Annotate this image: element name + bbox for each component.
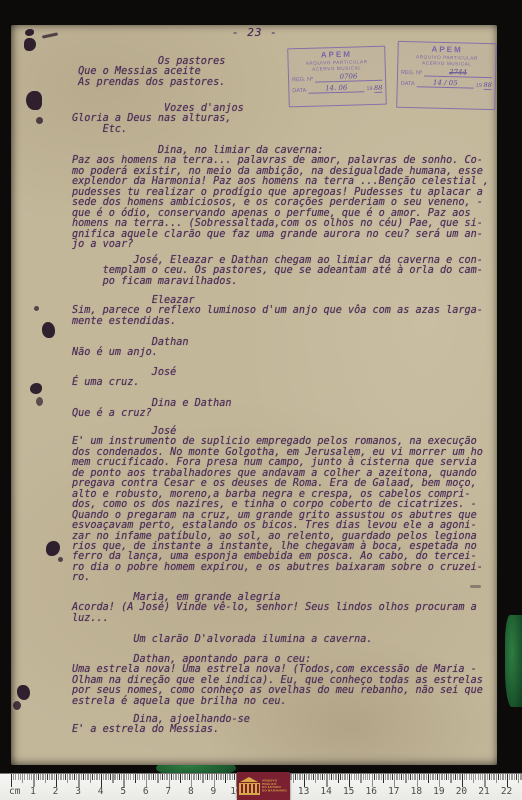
green-backing-right bbox=[505, 615, 522, 707]
stamp-date-label: DATA bbox=[401, 81, 415, 87]
stamp-year-value: 88 bbox=[483, 81, 491, 90]
ink-blot bbox=[34, 306, 39, 311]
scanned-document-page: { "page_number": "- 23 -", "colors": { "… bbox=[0, 0, 522, 800]
ruler-number: 19 bbox=[433, 786, 444, 797]
ink-blot bbox=[17, 685, 30, 700]
archive-stamp-left: APEM ARQUIVO PARTICULAR ACERVO MUSICAL R… bbox=[287, 46, 387, 108]
script-block: Um clarão D'alvorada ilumina a caverna. bbox=[72, 635, 373, 645]
stamp-date-value: 14. 06 bbox=[308, 84, 364, 94]
script-block: Vozes d'anjos Gloria a Deus nas alturas,… bbox=[72, 104, 244, 135]
ink-blot bbox=[36, 117, 43, 124]
ruler-number: 9 bbox=[211, 786, 217, 797]
ink-blot bbox=[470, 585, 481, 588]
stamp-reg-label: REG. Nº bbox=[401, 70, 422, 77]
stamp-reg-label: REG. Nº bbox=[292, 77, 313, 84]
script-block: Dina, ajoelhando-se E' a estrela do Mess… bbox=[72, 715, 250, 736]
script-block: Dina e Dathan Que é a cruz? bbox=[72, 399, 231, 420]
ruler-number: 7 bbox=[165, 786, 171, 797]
ruler-number: 14 bbox=[320, 786, 331, 797]
ruler-number: 1 bbox=[30, 786, 36, 797]
ink-blot bbox=[26, 91, 42, 110]
ruler-number: 5 bbox=[120, 786, 126, 797]
ruler-unit-label: cm bbox=[9, 786, 20, 797]
script-block: José E' um instrumento de suplicio empre… bbox=[72, 427, 483, 584]
stamp-year-prefix: 19 bbox=[476, 83, 482, 89]
stamp-reg-value-struck: 2744 bbox=[424, 68, 492, 78]
ruler-number: 21 bbox=[478, 786, 489, 797]
ruler-number: 20 bbox=[456, 786, 467, 797]
archive-stamp-right: APEM ARQUIVO PARTICULAR ACERVO MUSICAL R… bbox=[396, 41, 497, 110]
script-block: Os pastores Que o Messias aceite As pren… bbox=[72, 57, 225, 88]
ink-blot bbox=[58, 557, 63, 562]
ruler-number: 18 bbox=[411, 786, 422, 797]
script-block: Dathan Não é um anjo. bbox=[72, 338, 189, 359]
ruler-number: 6 bbox=[143, 786, 149, 797]
script-body: Os pastores Que o Messias aceite As pren… bbox=[11, 25, 497, 765]
ruler-number: 2 bbox=[53, 786, 59, 797]
script-block: Dathan, apontando para o ceu: Uma estrel… bbox=[72, 655, 483, 707]
ruler-number: 8 bbox=[188, 786, 194, 797]
ruler-number: 4 bbox=[98, 786, 104, 797]
ink-blot bbox=[30, 383, 42, 394]
ruler-number: 16 bbox=[366, 786, 377, 797]
ruler-number: 15 bbox=[343, 786, 354, 797]
stamp-subtitle2: ACERVO MUSICAL bbox=[401, 60, 492, 67]
manuscript-paper: Os pastores Que o Messias aceite As pren… bbox=[11, 25, 497, 765]
script-block: José É uma cruz. bbox=[72, 368, 176, 389]
archive-building-icon bbox=[239, 777, 260, 796]
stamp-date-value: 14 / 05 bbox=[417, 79, 474, 88]
ink-blot bbox=[42, 322, 55, 338]
ruler-number: 17 bbox=[388, 786, 399, 797]
script-block: José, Eleazar e Dathan chegam ao limiar … bbox=[72, 256, 483, 287]
ink-blot bbox=[13, 701, 21, 710]
archive-logo-text: ARQUIVOPÚBLICODO ESTADODO MARANHÃO bbox=[262, 780, 287, 793]
ink-blot bbox=[36, 397, 43, 406]
stamp-reg-value: 0706 bbox=[315, 73, 382, 83]
stamp-date-label: DATA bbox=[292, 88, 306, 94]
script-block: Dina, no limiar da caverna: Paz aos home… bbox=[72, 146, 489, 251]
stamp-year-prefix: 19 bbox=[366, 86, 372, 92]
page-number: - 23 - bbox=[232, 26, 322, 39]
script-block: Maria, em grande alegria Acorda! (A José… bbox=[72, 593, 477, 624]
ruler-number: 13 bbox=[298, 786, 309, 797]
archive-logo: ARQUIVOPÚBLICODO ESTADODO MARANHÃO bbox=[237, 772, 290, 800]
ruler-number: 3 bbox=[75, 786, 81, 797]
stamp-year-value: 88 bbox=[374, 84, 383, 93]
ruler-number: 22 bbox=[501, 786, 512, 797]
script-block: Eleazar Sim, parece o reflexo luminoso d… bbox=[72, 296, 483, 327]
